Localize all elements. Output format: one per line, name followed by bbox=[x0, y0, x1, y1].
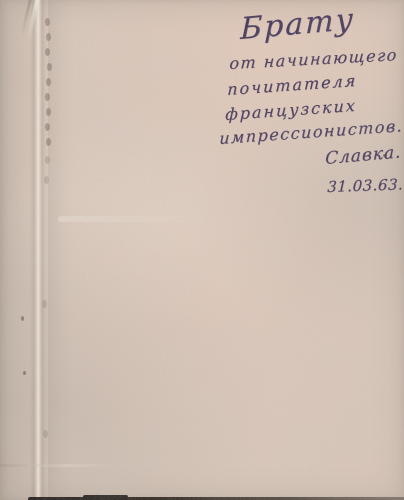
inscription-addressee: Брату bbox=[240, 5, 355, 45]
handwritten-inscription: Брату от начинающего почитателя французс… bbox=[0, 0, 404, 500]
scanned-book-endpaper: Брату от начинающего почитателя французс… bbox=[0, 0, 404, 500]
inscription-line-4: французских bbox=[225, 98, 357, 123]
inscription-line-2: от начинающего bbox=[229, 47, 398, 72]
inscription-line-3: почитателя bbox=[227, 73, 358, 98]
inscription-signature: Славка. bbox=[325, 144, 402, 168]
inscription-date: 31.03.63. bbox=[327, 177, 404, 195]
